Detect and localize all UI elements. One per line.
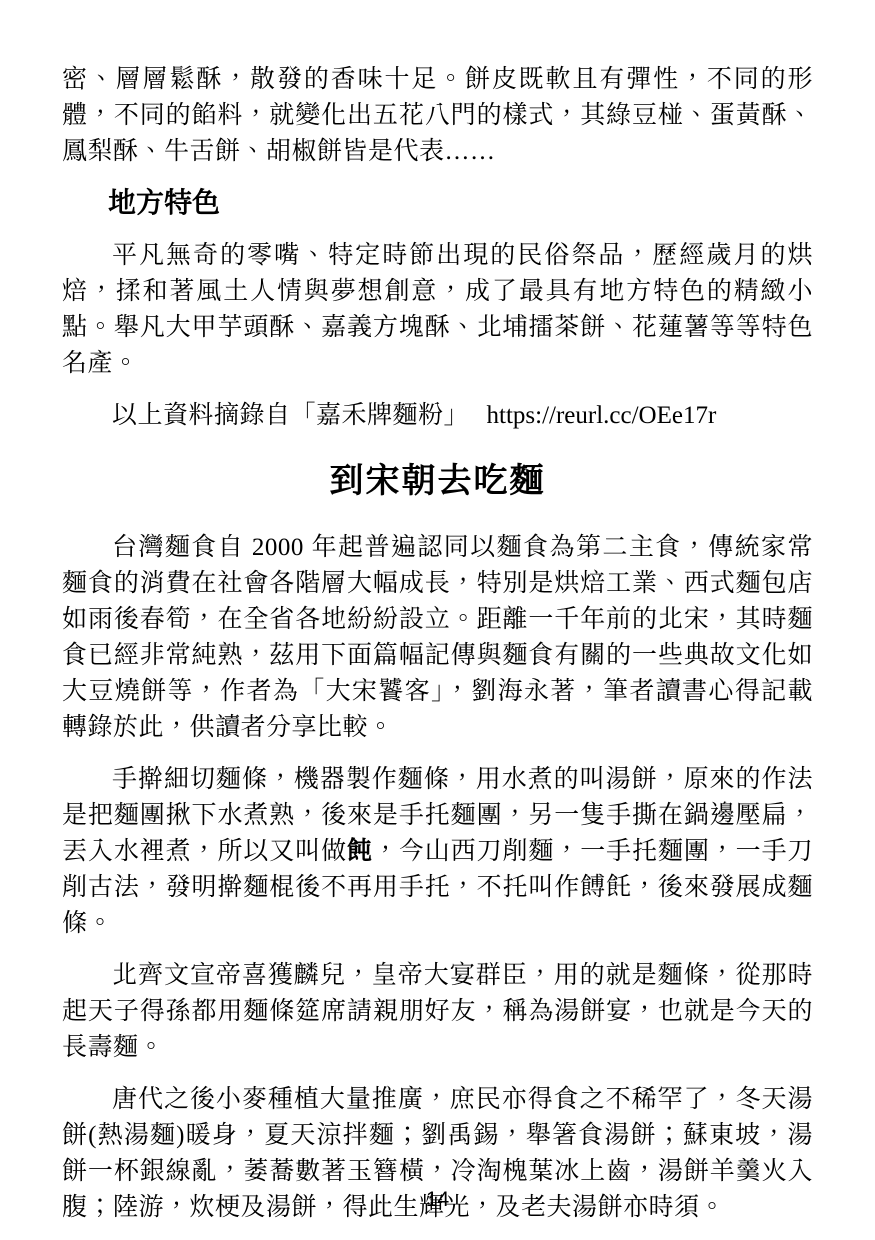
continuation-paragraph: 密、層層鬆酥，散發的香味十足。餅皮既軟且有彈性，不同的形體，不同的餡料，就變化出… [62, 62, 813, 170]
article-paragraph-1: 台灣麵食自 2000 年起普遍認同以麵食為第二主食，傳統家常麵食的消費在社會各階… [62, 530, 813, 746]
article-paragraph-3: 北齊文宣帝喜獲麟兒，皇帝大宴群臣，用的就是麵條，從那時起天子得孫都用麵條筵席請親… [62, 958, 813, 1066]
source-url-text: https://reurl.cc/OEe17r [487, 402, 717, 429]
page-number: 14 [0, 1188, 875, 1212]
document-page: 密、層層鬆酥，散發的香味十足。餅皮既軟且有彈性，不同的形體，不同的餡料，就變化出… [0, 0, 875, 1240]
article-title: 到宋朝去吃麵 [62, 460, 813, 504]
section-paragraph: 平凡無奇的零嘴、特定時節出現的民俗祭品，歷經歲月的烘焙，揉和著風土人情與夢想創意… [62, 238, 813, 382]
article-paragraph-2: 手擀細切麵條，機器製作麵條，用水煮的叫湯餅，原來的作法是把麵團揪下水煮熟，後來是… [62, 762, 813, 942]
section-heading: 地方特色 [108, 186, 813, 222]
source-text: 以上資料摘錄自「嘉禾牌麵粉」 [112, 402, 469, 429]
bold-character-tun: 飩 [347, 838, 373, 865]
source-line: 以上資料摘錄自「嘉禾牌麵粉」https://reurl.cc/OEe17r [62, 398, 813, 434]
